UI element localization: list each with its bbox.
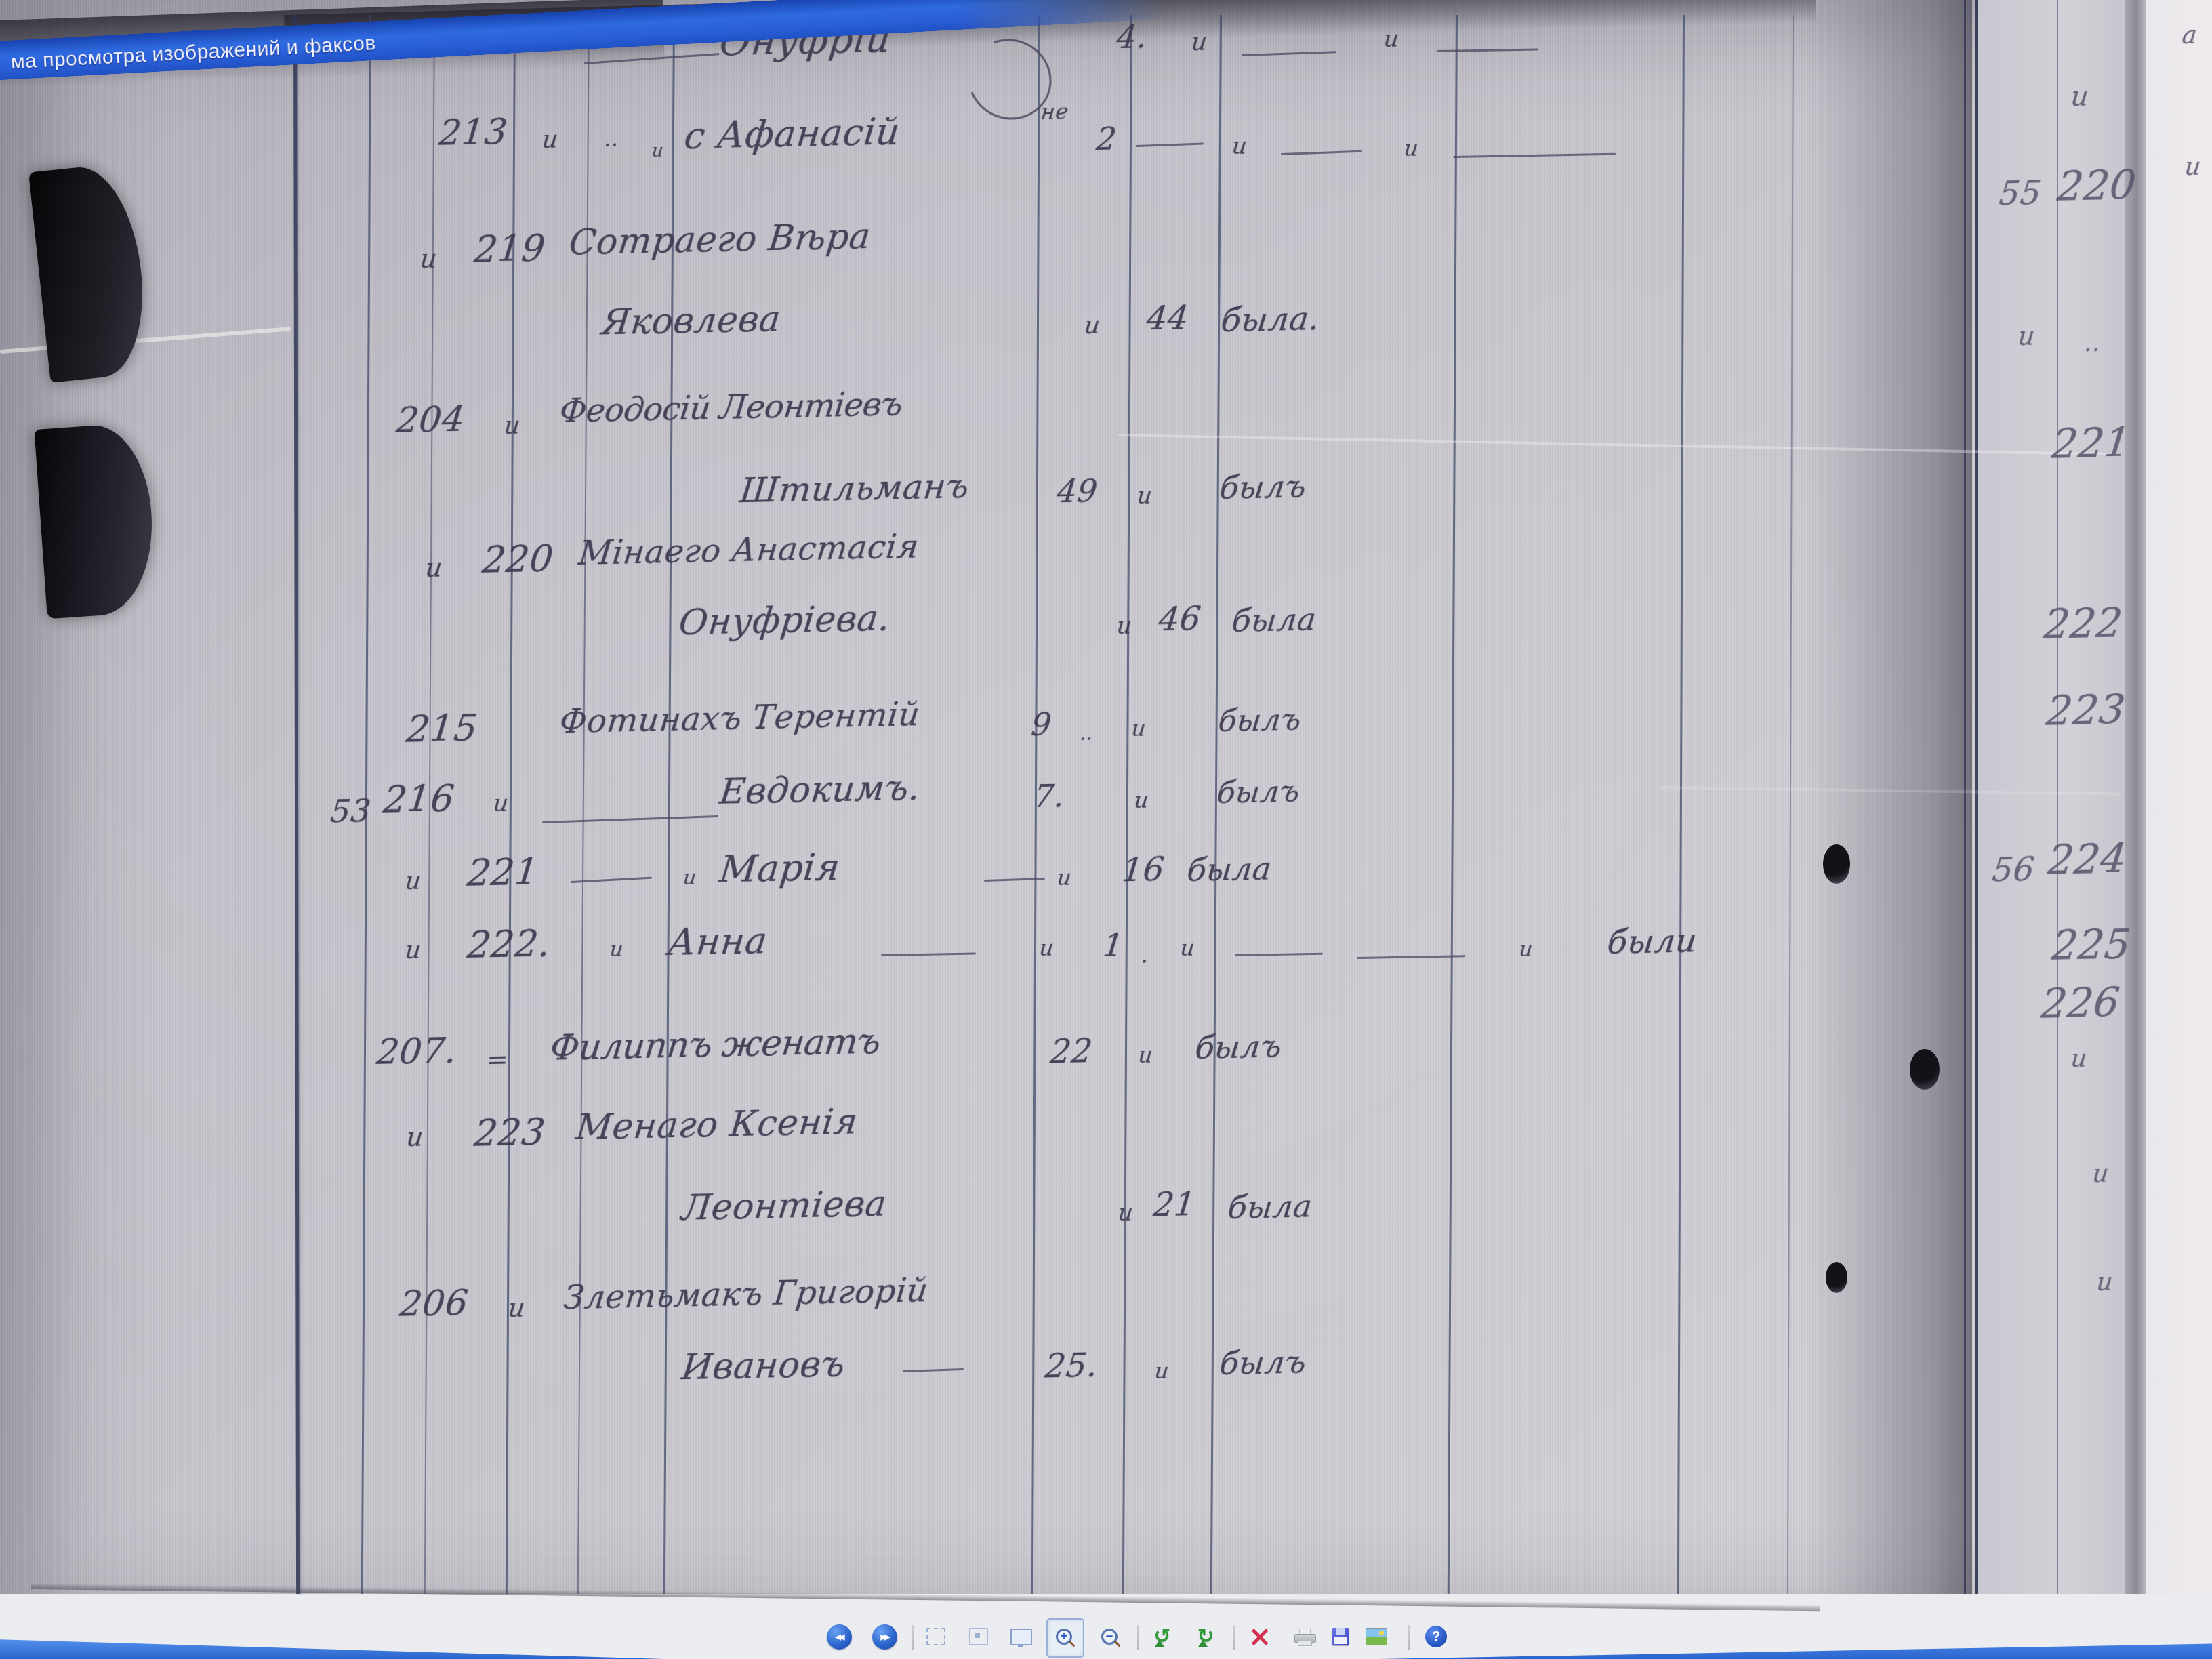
ledger-number: 215 [405,707,480,751]
ledger-status: былъ [1218,1344,1308,1382]
ledger-age: 4. [1115,18,1149,56]
actual-size-button[interactable] [963,1620,994,1654]
paper-hole [1826,1262,1847,1293]
paper-hole [1823,844,1850,884]
ledger-mark: и [1115,613,1133,640]
ledger-mark: и [1130,716,1147,742]
edge-mark: и [2184,153,2203,182]
ledger-mark: и [1518,938,1534,962]
ledger-status: былъ [1216,703,1303,739]
background-white-strip [2146,0,2212,1594]
ledger-mark: и [1133,787,1150,814]
ledger-status: былъ [1215,775,1301,811]
ledger-mark: и [1231,133,1248,161]
ledger-number: 213 [437,112,510,154]
fold-shadow [1803,0,1972,1594]
ledger-mark: и [404,867,423,896]
ledger-number: 206 [398,1283,470,1325]
delete-icon: × [1248,1622,1271,1651]
ledger-mark: и [492,790,510,818]
ledger-mark: и [1153,1358,1170,1385]
ledger-mark: и [682,866,697,890]
delete-button[interactable]: × [1244,1620,1275,1654]
ledger-number: 220 [480,537,556,581]
right-page-number: 222 [2041,600,2125,649]
right-page-mark: и [2095,1269,2114,1297]
save-icon [1332,1628,1349,1645]
right-page-number: 224 [2045,836,2129,885]
best-fit-button[interactable] [920,1620,951,1654]
toolbar-separator [912,1625,914,1650]
ledger-age: 49 [1055,472,1099,510]
ledger-name: Фотинахъ Терентій [558,695,922,741]
ledger-number: 221 [466,851,541,895]
ledger-mark: и [503,412,522,441]
ledger-name: Филиппъ женатъ [548,1021,882,1069]
edge-mark: а [2181,22,2198,50]
right-page-mark: .. [2083,329,2102,358]
next-image-button[interactable]: ▶▶ [869,1620,900,1654]
toolbar-separator [1137,1625,1139,1650]
ledger-mark: и [651,141,664,161]
ledger-name: Менаго Ксенія [574,1102,859,1149]
column-line-right-page [2057,0,2058,1594]
ledger-mark: и [609,938,624,962]
toolbar-separator [1233,1625,1235,1650]
ledger-status: былъ [1193,1028,1284,1067]
right-page-mark: и [2091,1160,2110,1189]
ledger-name: Злетьмакъ Григорій [562,1271,930,1317]
rotate-counterclockwise-button[interactable]: ↺ [1147,1620,1178,1654]
ledger-series: 53 [329,792,373,829]
ledger-name2: Ивановъ [680,1344,847,1388]
ledger-mark: и [1190,28,1209,57]
right-page-series: 56 [1990,851,2036,889]
right-page-number: 223 [2044,687,2127,736]
ledger-status: была [1185,851,1273,889]
best-fit-icon [926,1628,945,1645]
ledger-mark: .. [603,126,620,152]
edit-button[interactable] [1361,1620,1392,1654]
ledger-mark: и [1136,483,1153,510]
ledger-mark: = [485,1045,510,1076]
fold-line [1964,0,1966,1594]
right-page-mark: и [2070,81,2091,113]
ledger-mark: и [1403,136,1420,162]
previous-image-button[interactable]: ◀◀ [823,1620,855,1654]
ledger-status: былъ [1218,468,1308,507]
right-page-mark: и [2070,1045,2089,1073]
ledger-number: 219 [472,227,548,271]
ledger-age: 1 [1101,927,1125,964]
right-page-number: 225 [2049,921,2133,970]
ledger-age: 46 [1157,600,1203,638]
ledger-number: 204 [394,399,467,441]
ledger-name: Анна [666,919,770,964]
ledger-age: 16 [1120,851,1166,889]
ledger-age: 44 [1145,299,1191,337]
ledger-status: была [1230,601,1318,640]
zoom-out-icon: − [1101,1629,1118,1645]
ledger-mark: и [424,553,444,583]
right-page-number: 220 [2055,162,2138,211]
ledger-name2: Онуфріева. [677,598,892,644]
right-page-number: 226 [2039,979,2122,1029]
rotate-clockwise-icon: ↻ [1197,1626,1214,1647]
next-image-icon: ▶▶ [872,1624,897,1650]
ledger-mark: .. [1079,722,1094,745]
ledger-age: 22 [1048,1032,1094,1071]
ledger-number: 223 [472,1111,548,1155]
ledger-mark: и [1137,1042,1154,1069]
ledger-age: 21 [1151,1185,1197,1224]
right-page-mark: и [2017,321,2036,352]
rotate-clockwise-button[interactable]: ↻ [1190,1620,1221,1654]
ledger-status: была [1226,1188,1314,1227]
print-button[interactable] [1289,1620,1320,1654]
document-image: 53 212 и Онуфрій не 4. и и 213 и .. и с … [0,0,2212,1594]
help-button[interactable]: ? [1420,1620,1452,1654]
ledger-name: Сотраего Вѣра [567,216,872,263]
toolbar-separator [1408,1625,1410,1650]
ledger-mark: и [405,1122,425,1153]
ledger-mark: и [419,244,438,274]
ledger-mark: и [404,937,423,965]
ledger-age: 9 [1029,706,1053,743]
ledger-note: не [1040,99,1070,125]
ledger-name: Евдокимъ. [718,768,922,813]
print-icon [1294,1629,1315,1645]
zoom-in-icon: + [1056,1629,1072,1645]
ledger-mark: и [1179,935,1196,962]
save-button[interactable] [1325,1620,1356,1654]
ledger-mark: и [507,1293,527,1324]
ledger-mark: и [1056,865,1073,891]
ledger-mark: и [1382,26,1400,54]
rotate-counterclockwise-icon: ↺ [1153,1626,1170,1647]
ledger-name: Мінаего Анастасія [577,528,920,573]
ledger-mark: и [541,126,560,155]
ledger-mark: и [1117,1200,1134,1227]
ledger-number: 222. [466,922,553,967]
zoom-in-button[interactable]: + [1048,1620,1080,1654]
right-page-series: 55 [1997,174,2043,213]
ledger-age: 25. [1043,1347,1100,1386]
page-edge-band [2125,0,2146,1594]
taskbar-edge [1378,1639,2212,1659]
previous-image-icon: ◀◀ [827,1624,852,1650]
ledger-status: были [1605,922,1699,962]
zoom-out-button[interactable]: − [1094,1620,1125,1654]
ledger-age: 7. [1032,777,1066,815]
right-page-number: 221 [2049,419,2133,469]
actual-size-icon [969,1628,988,1645]
right-page-strip [1978,0,2127,1594]
ledger-name2: Яковлева [600,299,783,344]
ledger-name2: Леонтіева [680,1184,888,1229]
help-icon: ? [1425,1626,1447,1647]
ledger-status: была. [1219,300,1322,340]
ledger-name: Марія [718,846,842,891]
ledger-name: с Афанасій [682,110,902,158]
ledger-age: 2 [1094,121,1118,158]
slideshow-button[interactable] [1006,1620,1037,1654]
paper-hole [1910,1049,1940,1090]
taskbar-edge [0,1635,664,1659]
ledger-mark: и [1083,312,1102,340]
edit-icon [1366,1628,1387,1645]
ledger-name: Феодосій Леонтіевъ [558,386,904,431]
slideshow-icon [1010,1629,1032,1645]
ledger-number: 216 [382,777,457,821]
ledger-number: 207. [375,1031,459,1073]
ledger-mark: и [1038,935,1055,962]
ledger-name2: Штильманъ [738,466,971,510]
